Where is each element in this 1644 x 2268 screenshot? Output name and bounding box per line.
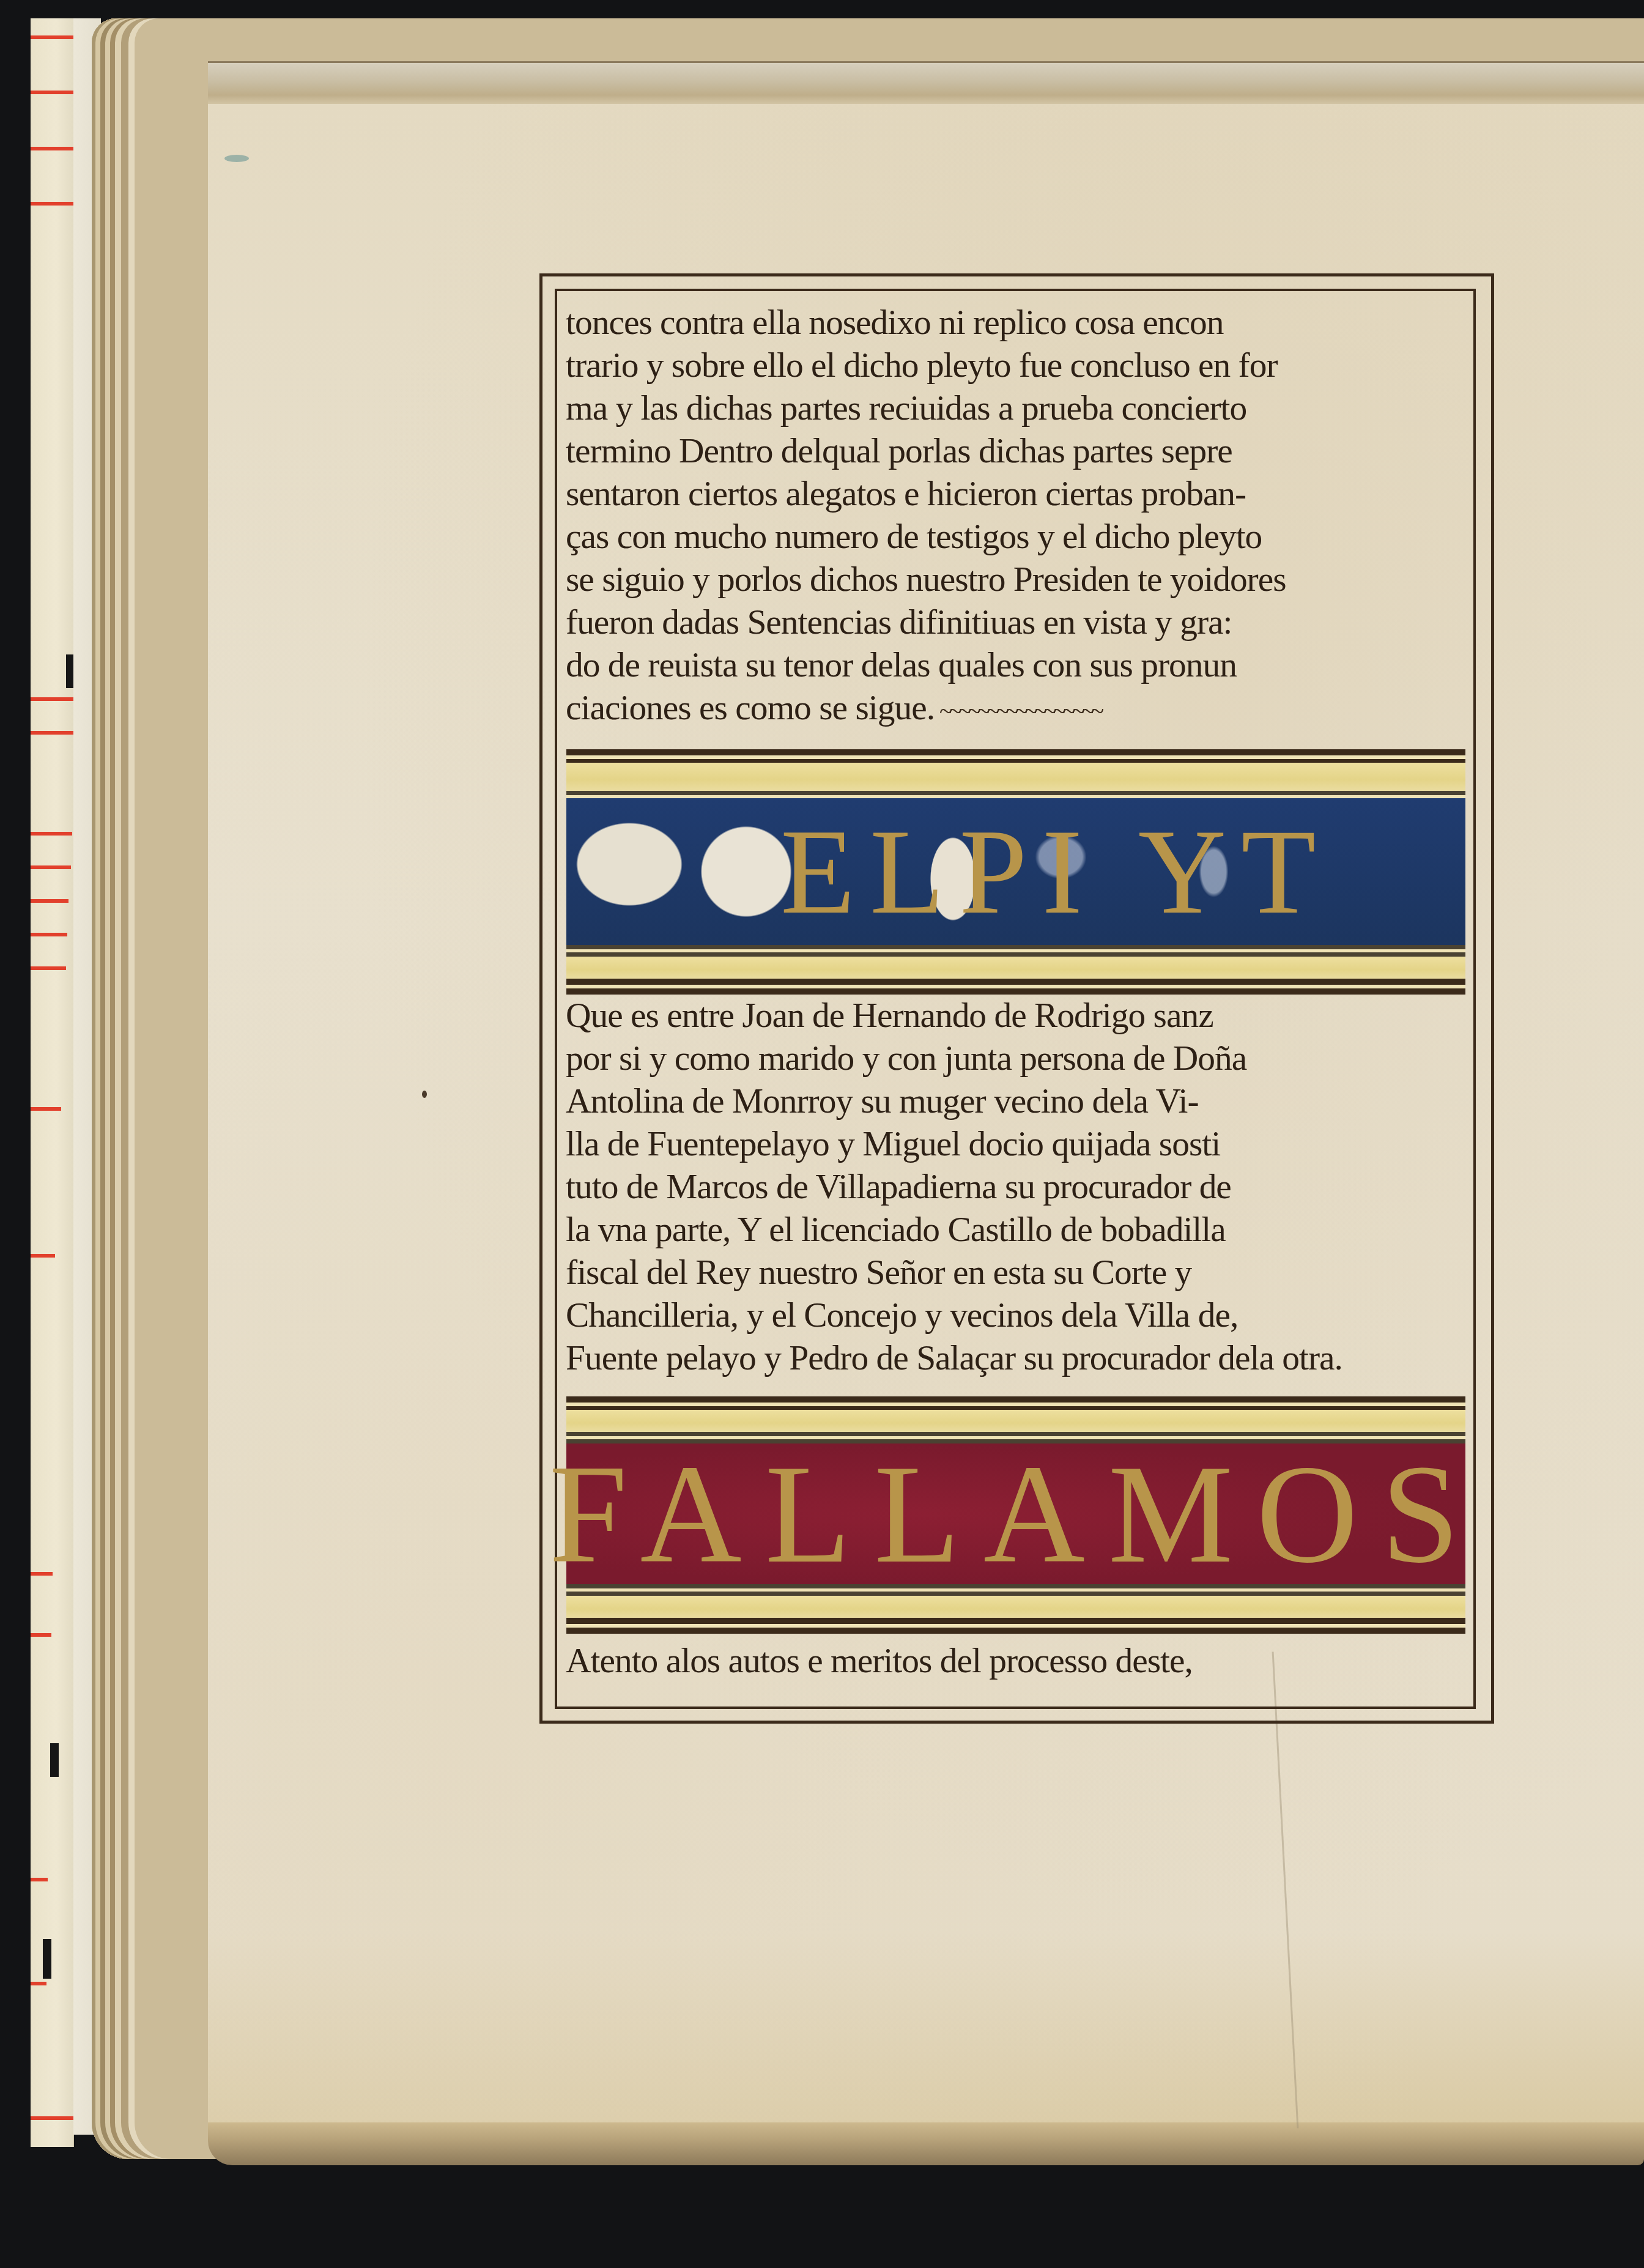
binding-red-rule: [31, 1633, 51, 1637]
illuminated-banner-el-pleyto: ELPI YT: [566, 749, 1465, 995]
binding-strip: [31, 18, 74, 2147]
page-bottom-edge: [208, 2122, 1644, 2165]
binding-red-rule: [31, 731, 75, 735]
text-line: tonces contra ella nosedixo ni replico c…: [566, 301, 1462, 344]
binding-red-rule: [31, 697, 77, 701]
binding-red-rule: [31, 933, 67, 936]
text-line: Que es entre Joan de Hernando de Rodrigo…: [566, 994, 1462, 1037]
binding-red-rule: [31, 865, 71, 869]
text-line-content: ciaciones es como se sigue.: [566, 687, 935, 727]
text-block-opening: tonces contra ella nosedixo ni replico c…: [566, 301, 1471, 729]
text-line: Antolina de Monrroy su muger vecino dela…: [566, 1080, 1462, 1122]
text-block-parties: Que es entre Joan de Hernando de Rodrigo…: [566, 994, 1471, 1379]
text-line: termino Dentro delqual porlas dichas par…: [566, 429, 1462, 472]
text-line: ma y las dichas partes reciuidas a prueb…: [566, 387, 1462, 429]
text-line: ças con mucho numero de testigos y el di…: [566, 515, 1462, 558]
illuminated-banner-fallamos: FALLAMOS: [566, 1396, 1465, 1634]
text-line: fueron dadas Sentencias difinitiuas en v…: [566, 601, 1462, 643]
text-line: trario y sobre ello el dicho pleyto fue …: [566, 344, 1462, 387]
text-line: lla de Fuentepelayo y Miguel docio quija…: [566, 1122, 1462, 1165]
binding-red-rule: [31, 1254, 55, 1258]
binding-red-rule: [31, 966, 66, 970]
ink-spot: [224, 155, 249, 162]
banner-title: FALLAMOS: [566, 1443, 1465, 1584]
text-line: se siguio y porlos dichos nuestro Presid…: [566, 558, 1462, 601]
binding-red-rule: [31, 1878, 48, 1881]
text-line: Chancilleria, y el Concejo y vecinos del…: [566, 1294, 1462, 1336]
binding-red-rule: [31, 1982, 46, 1985]
text-line: sentaron ciertos alegatos e hicieron cie…: [566, 472, 1462, 515]
binding-black-mark: [50, 1743, 59, 1777]
banner-title: ELPI YT: [566, 798, 1465, 945]
line-filler-flourish: ~~~~~~~~~~~~~~~~~: [939, 697, 1100, 725]
binding-red-rule: [31, 1572, 53, 1576]
text-line: por si y como marido y con junta persona…: [566, 1037, 1462, 1080]
binding-black-mark: [43, 1939, 51, 1979]
page-top-edge: [208, 61, 1644, 109]
text-line: ciaciones es como se sigue.~~~~~~~~~~~~~…: [566, 686, 1462, 729]
text-line: fiscal del Rey nuestro Señor en esta su …: [566, 1251, 1462, 1294]
text-line: tuto de Marcos de Villapadierna su procu…: [566, 1165, 1462, 1208]
binding-red-rule: [31, 832, 72, 836]
binding-red-rule: [31, 1107, 61, 1111]
text-line: Atento alos autos e meritos del processo…: [566, 1639, 1462, 1682]
text-line: Fuente pelayo y Pedro de Salaçar su proc…: [566, 1336, 1462, 1379]
text-block-ruling: Atento alos autos e meritos del processo…: [566, 1639, 1471, 1682]
text-line: do de reuista su tenor delas quales con …: [566, 643, 1462, 686]
binding-red-rule: [31, 899, 68, 903]
text-line: la vna parte, Y el licenciado Castillo d…: [566, 1208, 1462, 1251]
ink-spot: [422, 1091, 427, 1098]
